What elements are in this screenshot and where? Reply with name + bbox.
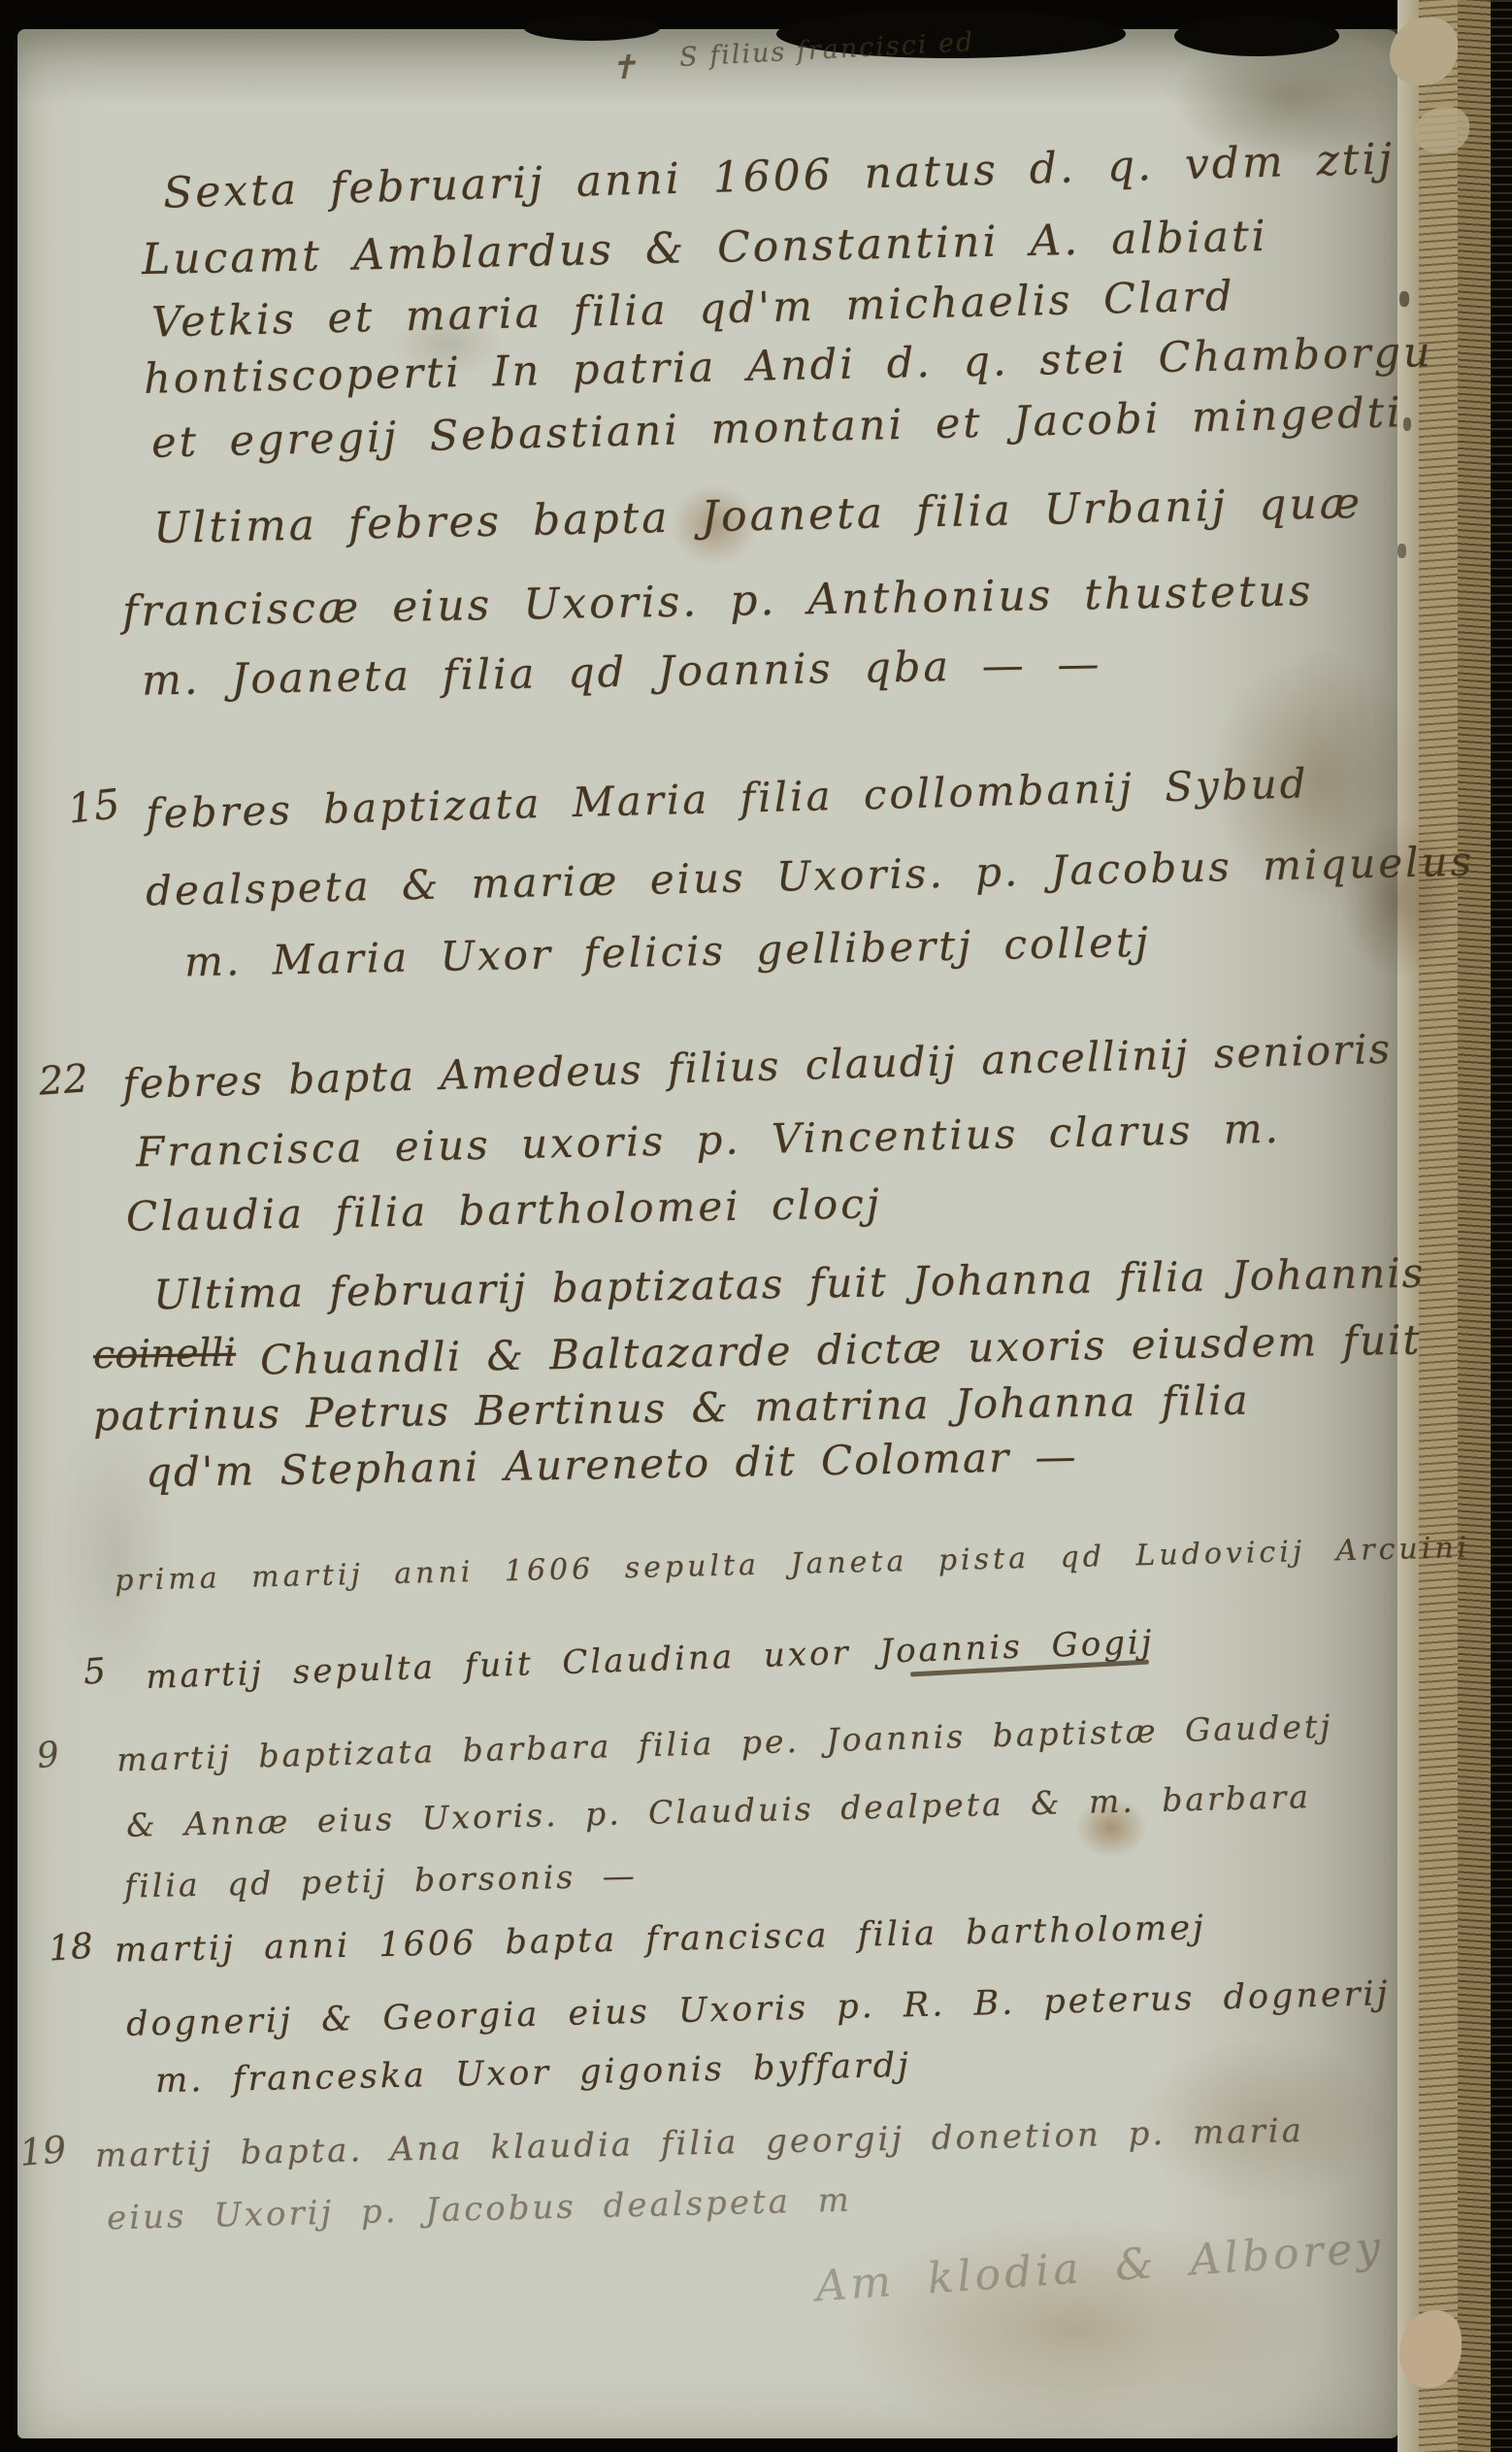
manuscript-scan: ✝ S filius francisci ed Sexta februarij …: [0, 0, 1512, 2452]
margin-day-number: 5: [82, 1651, 108, 1692]
margin-day-number: 18: [48, 1926, 95, 1969]
torn-edge-notch: [524, 16, 660, 41]
torn-edge-notch: [1174, 16, 1339, 56]
margin-day-number: 22: [37, 1056, 89, 1104]
header-cross-icon: ✝: [608, 49, 638, 88]
margin-day-number: 9: [35, 1735, 61, 1776]
page-edge-strip: [1458, 0, 1491, 2452]
margin-day-number: 19: [17, 2128, 68, 2174]
page-edge-strip: [1491, 0, 1512, 2452]
margin-day-number: 15: [66, 779, 122, 832]
crossed-out-word: coinelli: [93, 1331, 237, 1378]
